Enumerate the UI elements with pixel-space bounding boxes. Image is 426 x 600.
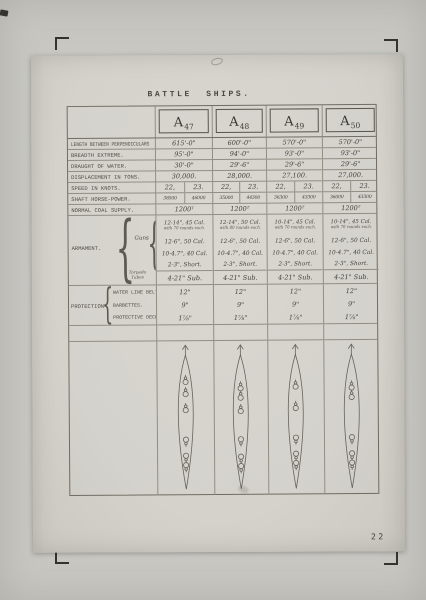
protection-thickness: 9" [348,300,355,308]
value: 600'-0" [228,139,252,147]
main-battery-entry: 12-14", 45 Cal.with 70 rounds each. [156,215,212,237]
turret-icon [239,463,244,473]
row-label: DRAUGHT OF WATER. [71,162,127,169]
turret-icon [238,381,243,391]
main-battery-rounds: with 80 rounds each. [219,226,260,231]
value-right: 46000 [185,193,213,203]
tertiary-battery-entry: 10-4.7", 40 Cal. [157,248,213,260]
protection-thickness: 1⅞" [289,313,302,321]
spacer-cell [156,325,213,340]
torpedo-tubes-value: 4-21" Sub. [223,273,258,281]
value-right: 43300 [351,192,378,202]
value-right: 23. [240,182,266,192]
protection-thickness: 1⅞" [178,314,191,322]
value-cell-split: 3600043300 [322,192,378,202]
protection-row-label: PROTECTIVE DECK. [113,312,155,325]
tertiary-battery-entry: 10-4.7", 40 Cal. [324,247,379,259]
table-header-cell: A47 [155,106,212,137]
turret-icon [183,463,188,473]
tertiary-battery-entry: 10-4.7", 40 Cal. [214,248,267,260]
protection-value-cell: 12"9"1⅞" [213,285,267,324]
value-cell: 28,000. [212,171,266,181]
short-guns: 2-3", Short. [278,261,312,267]
short-guns: 2-3", Short. [223,262,257,268]
protection-value: 1⅞" [324,310,379,323]
tertiary-battery-guns: 10-4.7", 40 Cal. [272,250,318,256]
protection-label: PROTECTION [71,303,104,310]
value: 30'-0" [174,161,193,169]
value: 94'-0" [230,150,249,158]
main-battery-entry: 10-14", 45 Cal.with 70 rounds each. [323,214,378,236]
value-cell-split: 3500044300 [212,193,266,203]
value-cell: 1200ᵀ [266,203,322,213]
value: 570'-0" [283,138,307,146]
protection-value: 9" [157,298,213,311]
protection-value: 12" [157,285,213,298]
spacer-cell [213,325,267,340]
design-letter: A [229,116,238,129]
torpedo-tubes-entry: 4-21" Sub. [157,270,213,284]
value: 1200ᵀ [175,205,194,213]
row-label-cell: DRAUGHT OF WATER. [68,160,155,171]
tertiary-battery-guns: 10-4.7", 40 Cal. [328,250,374,256]
row-label-cell: SPEED IN KNOTS. [68,182,155,193]
value: 27,000. [338,171,363,179]
tertiary-battery-guns: 10-4.7", 40 Cal. [162,251,208,257]
secondary-battery-entry: 12-6", 50 Cal. [324,235,379,247]
row-label: BREADTH EXTREME. [71,151,124,158]
ship-data-table: A47A48A49A50LENGTH BETWEEN PERPENDICULAR… [67,104,380,496]
photo-corner-mark-top-right [384,39,398,52]
photo-corner-mark-top-left [55,37,69,50]
value: 28,000. [227,172,252,180]
turret-icon [294,460,299,470]
protection-label-cell: PROTECTION{WATER LINE BELT.BARBETTES.PRO… [69,285,156,325]
value-cell: 27,000. [322,170,378,180]
main-battery-rounds: with 70 rounds each. [274,226,315,231]
protection-row-label: BARBETTES. [113,299,155,312]
value-left: 35000 [213,193,240,203]
short-guns-entry: 2-3", Short. [268,259,323,270]
value: 29'-6" [230,161,249,169]
design-number: 47 [184,123,194,131]
turret-icon [293,379,298,389]
table-header-cell: A49 [266,105,322,136]
protection-thickness: 9" [237,300,244,308]
value-cell: 30'-0" [155,160,212,170]
row-label: SPEED IN KNOTS. [71,184,121,191]
scanned-photo-canvas: BATTLE SHIPS. A47A48A49A50LENGTH BETWEEN… [0,0,426,600]
table-header-cell: A50 [322,105,378,136]
value-cell: 1200ᵀ [212,204,266,214]
hull-plan-cell [323,340,380,494]
value-cell: 29'-6" [266,159,322,169]
turret-icon [183,437,188,447]
torpedo-tubes-value: 4-21" Sub. [168,274,203,282]
turret-icon [349,390,354,400]
armament-value-cell: 10-14", 45 Cal.with 70 rounds each.12-6"… [266,214,322,283]
design-number: 48 [240,122,250,130]
page-number: 22 [371,532,386,541]
torpedo-tubes-entry: 4-21" Sub. [214,270,267,284]
secondary-battery-entry: 12-6", 50 Cal. [157,236,213,248]
value: 1200ᵀ [341,204,360,212]
armament-label: ARMAMENT. [72,245,102,252]
page-title: BATTLE SHIPS. [119,90,279,100]
value-left: 38500 [156,193,185,203]
value-cell: 93'-0" [266,148,322,158]
protection-thickness: 12" [346,287,357,295]
secondary-battery-guns: 12-6", 50 Cal. [275,239,315,245]
turret-icon [293,451,298,461]
value-cell: 570'-0" [266,137,322,147]
value-cell-split: 22,23. [322,181,378,191]
secondary-battery-entry: 12-6", 50 Cal. [268,236,323,248]
value-left: 22, [156,182,185,192]
protection-thickness: 1⅞" [345,313,358,321]
turret-icon [349,380,354,390]
armament-value-cell: 12-14", 45 Cal.with 70 rounds each.12-6"… [155,215,212,284]
hull-plan-cell [213,341,268,495]
value-cell: 93'-0" [322,148,378,158]
design-letter: A [284,115,293,128]
value-left: 22, [213,182,240,192]
value: 570'-0" [339,138,363,146]
protection-value: 1⅞" [268,310,323,323]
hull-plan-cell [156,341,214,495]
protection-thickness: 12" [179,288,190,296]
table-header-cell: A48 [212,106,266,137]
design-number: 49 [295,122,305,130]
main-battery-entry: 12-14", 50 Cal.with 80 rounds each. [213,215,266,237]
value: 30,000. [172,172,197,180]
turret-icon [238,391,243,401]
row-label: LENGTH BETWEEN PERPENDICULARS [71,140,150,148]
value: 29'-6" [341,160,360,168]
torpedo-tubes-value: 4-21" Sub. [334,273,369,281]
protection-value-cell: 12"9"1⅞" [156,285,213,324]
protection-value-cell: 12"9"1⅞" [323,284,379,323]
value-cell: 570'-0" [322,137,378,147]
spacer-cell [267,324,323,339]
ink-smudge-top [210,57,223,67]
document-page: BATTLE SHIPS. A47A48A49A50LENGTH BETWEEN… [31,54,405,553]
value-cell-split: 22,23. [155,182,212,192]
value-cell: 29'-6" [322,159,378,169]
armament-value-cell: 12-14", 50 Cal.with 80 rounds each.12-6"… [212,215,266,284]
secondary-battery-entry: 12-6", 50 Cal. [214,236,267,248]
value-cell-split: 22,23. [212,182,266,192]
value-right: 23. [185,182,213,192]
row-label-cell: DISPLACEMENT IN TONS. [68,171,155,182]
design-number: 50 [351,122,361,130]
row-label-cell: BREADTH EXTREME. [68,149,155,160]
short-guns-entry: 2-3", Short. [157,260,213,271]
torpedo-tubes-value: 4-21" Sub. [278,273,313,281]
design-id-box: A49 [270,108,319,132]
value-cell: 600'-0" [212,138,266,148]
design-id-box: A47 [159,109,209,133]
value-right: 23. [295,181,322,191]
turret-icon [349,451,354,461]
short-guns: 2-3", Short. [334,261,368,267]
protection-value: 12" [324,284,379,297]
value: 29'-6" [285,160,304,168]
turret-icon [238,404,243,414]
value-cell: 29'-6" [212,160,266,170]
value-left: 36300 [267,192,295,202]
protection-value: 12" [214,285,267,298]
turret-icon [350,460,355,470]
row-label: DISPLACEMENT IN TONS. [71,173,140,180]
value: 27,100. [282,171,307,179]
design-letter: A [174,116,183,129]
short-guns-entry: 2-3", Short. [324,259,379,270]
turret-icon [182,387,187,397]
value: 1200ᵀ [230,205,249,213]
value-right: 43300 [295,192,322,202]
film-edge-mark [0,9,8,16]
value-left: 22, [267,181,295,191]
table-header-corner-cell [68,106,155,138]
spacer-cell [69,325,156,341]
value-cell-split: 22,23. [266,181,322,191]
value: 95'-0" [174,150,193,158]
value-cell: 615'-0" [155,138,212,148]
tertiary-battery-entry: 10-4.7", 40 Cal. [268,247,323,259]
armament-section-row: ARMAMENT.{Guns{TorpedoTubes12-14", 45 Ca… [68,214,376,286]
secondary-battery-guns: 12-6", 50 Cal. [164,239,204,245]
value-cell-split: 3630043300 [266,192,322,202]
photo-corner-mark-bottom-right [384,552,398,565]
design-id-box: A48 [216,109,263,133]
protection-value: 9" [214,298,267,311]
turret-icon [183,453,188,463]
design-letter: A [340,115,349,128]
turret-icon [182,375,187,385]
turret-icon [238,454,243,464]
main-battery-rounds: with 70 rounds each. [164,226,205,231]
protection-row-labels: WATER LINE BELT.BARBETTES.PROTECTIVE DEC… [113,286,155,324]
value: 1200ᵀ [285,204,304,212]
torpedo-tubes-entry: 4-21" Sub. [324,269,379,283]
protection-row-label: WATER LINE BELT. [113,286,155,299]
hull-row-label-cell [69,341,157,496]
tertiary-battery-guns: 10-4.7", 40 Cal. [217,251,263,257]
photo-corner-mark-bottom-left [55,551,69,564]
row-label-cell: SHAFT HORSE-POWER. [68,193,155,204]
design-id-box: A50 [326,108,375,132]
armament-value-cell: 10-14", 45 Cal.with 70 rounds each.12-6"… [322,214,378,283]
table-header-row: A47A48A49A50 [68,105,376,139]
value-cell: 95'-0" [155,149,212,159]
value: 93'-0" [341,149,360,157]
protection-thickness: 9" [292,300,299,308]
ship-plan-drawing-A48 [214,342,268,494]
row-label: SHAFT HORSE-POWER. [71,195,130,202]
value-right: 44300 [240,193,266,203]
value-cell: 1200ᵀ [155,204,212,214]
protection-thickness: 1⅞" [234,313,247,321]
value: 93'-0" [285,149,304,157]
hull-plan-row [69,340,378,496]
turret-icon [238,437,243,447]
protection-thickness: 12" [290,287,301,295]
secondary-battery-guns: 12-6", 50 Cal. [220,239,260,245]
protection-value: 9" [268,297,323,310]
value-left: 36000 [323,192,351,202]
ship-plan-drawing-A47 [159,342,213,494]
value-cell: 94'-0" [212,149,266,159]
value-left: 22, [323,181,351,191]
secondary-battery-guns: 12-6", 50 Cal. [331,238,371,244]
turret-icon [183,403,188,413]
protection-value: 1⅞" [157,311,213,324]
row-label-cell: NORMAL COAL SUPPLY. [68,204,155,215]
short-guns: 2-3", Short. [168,262,202,268]
ship-plan-drawing-A49 [269,341,323,493]
value-cell: 1200ᵀ [322,203,378,213]
hull-plan-cell [267,340,324,494]
value-cell-split: 3850046000 [155,193,212,203]
protection-value: 12" [268,284,323,297]
value: 615'-0" [172,139,196,147]
row-label: NORMAL COAL SUPPLY. [71,206,134,213]
torpedo-tubes-entry: 4-21" Sub. [268,270,323,284]
guns-label: Guns [135,235,149,241]
value-cell: 27,100. [266,170,322,180]
protection-thickness: 9" [181,301,188,309]
torpedo-tubes-label: TorpedoTubes [129,271,146,281]
row-label-cell: LENGTH BETWEEN PERPENDICULARS [68,138,155,149]
ship-plan-drawing-A50 [325,341,379,493]
value-right: 23. [351,181,378,191]
main-battery-rounds: with 70 rounds each. [330,225,371,230]
main-battery-entry: 10-14", 45 Cal.with 70 rounds each. [267,214,322,236]
turret-icon [293,401,298,411]
value-cell: 30,000. [155,171,212,181]
turret-icon [293,435,298,445]
armament-label-cell: ARMAMENT.{Guns{TorpedoTubes [68,215,155,285]
protection-value-cell: 12"9"1⅞" [267,284,323,323]
protection-thickness: 12" [235,287,246,295]
spacer-cell [323,324,379,339]
turret-icon [349,435,354,445]
protection-value: 1⅞" [214,311,267,324]
protection-value: 9" [324,297,379,310]
short-guns-entry: 2-3", Short. [214,259,267,270]
protection-section-row: PROTECTION{WATER LINE BELT.BARBETTES.PRO… [69,284,377,326]
